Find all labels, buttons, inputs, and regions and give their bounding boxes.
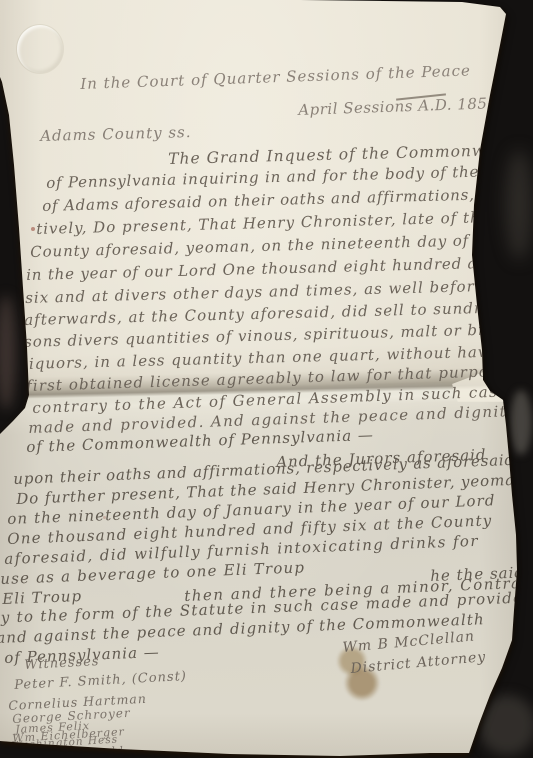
witness-name: Cornelius Hartman	[8, 692, 147, 713]
body-line: of the Commonwealth of Pennsylvania —	[26, 427, 374, 456]
body-line: first obtained license agreeably to law …	[26, 363, 514, 395]
body-line: Do further present, That the said Henry …	[16, 471, 526, 507]
body-line: of Adams aforesaid on their oaths and af…	[42, 185, 533, 215]
body-line: then and there being a minor, Contra-	[184, 575, 528, 605]
body-line: One thousand eight hundred and fifty six…	[7, 512, 493, 547]
body-line: use as a beverage to one Eli Troup	[0, 559, 305, 587]
body-line: ry to the form of the Statute in such ca…	[0, 589, 533, 626]
witness-name: James Felix	[15, 720, 90, 736]
body-line: -sons divers quantities of vinous, spiri…	[18, 321, 530, 351]
body-line: afterwards, at the County aforesaid, did…	[24, 299, 532, 329]
session-line: April Sessions A.D. 1856	[298, 95, 498, 118]
body-line: of Pennsylvania inquiring in and for the…	[46, 162, 533, 192]
body-line: The Grand Inquest of the Commonwealth	[168, 142, 531, 169]
body-line: aforesaid, did wilfully furnish intoxica…	[4, 533, 479, 568]
witness-name: Wm Eichelberger	[12, 726, 125, 745]
witness-name: Washington Hess	[11, 734, 118, 752]
body-line: County aforesaid, yeoman, on the ninetee…	[30, 231, 533, 261]
district-attorney-title: District Attorney	[350, 650, 487, 677]
body-line: And the Jurors aforesaid	[276, 447, 487, 471]
document-paper: In the Court of Quarter Sessions of the …	[0, 0, 533, 758]
body-line: he the said	[430, 564, 525, 584]
body-line: contrary to the Act of General Assembly …	[32, 383, 509, 416]
county-line: Adams County ss.	[40, 124, 192, 144]
document-paper-wrap: In the Court of Quarter Sessions of the …	[0, 0, 533, 758]
witness-label: Witnesses	[24, 655, 100, 673]
photograph: In the Court of Quarter Sessions of the …	[0, 0, 533, 758]
body-line: on the nineteenth day of January in the …	[7, 492, 496, 527]
body-line: made and provided. And against the peace…	[28, 403, 517, 437]
title-line: In the Court of Quarter Sessions of the …	[80, 62, 471, 92]
witness-name: Peter F. Smith, (Const)	[14, 670, 187, 693]
body-line: and against the peace and dignity of the…	[0, 611, 485, 646]
witness-name: Eli Troup	[22, 744, 81, 758]
body-line: six and at divers other days and times, …	[25, 277, 509, 306]
district-attorney-signature: Wm B McClellan	[342, 629, 476, 656]
witness-name: Nathaniel Arnold	[12, 745, 124, 758]
body-line: of Pennsylvania —	[4, 644, 160, 666]
manuscript-text-layer: In the Court of Quarter Sessions of the …	[0, 0, 533, 758]
body-line: in the year of our Lord One thousand eig…	[26, 254, 533, 284]
body-line: Eli Troup	[2, 588, 82, 608]
body-line: upon their oaths and affirmations, respe…	[13, 452, 521, 488]
body-line: liquors, in a less quantity than one qua…	[23, 343, 515, 372]
body-line: tively, Do present, That Henry Chroniste…	[36, 209, 491, 237]
witness-name: George Schroyer	[12, 707, 131, 726]
